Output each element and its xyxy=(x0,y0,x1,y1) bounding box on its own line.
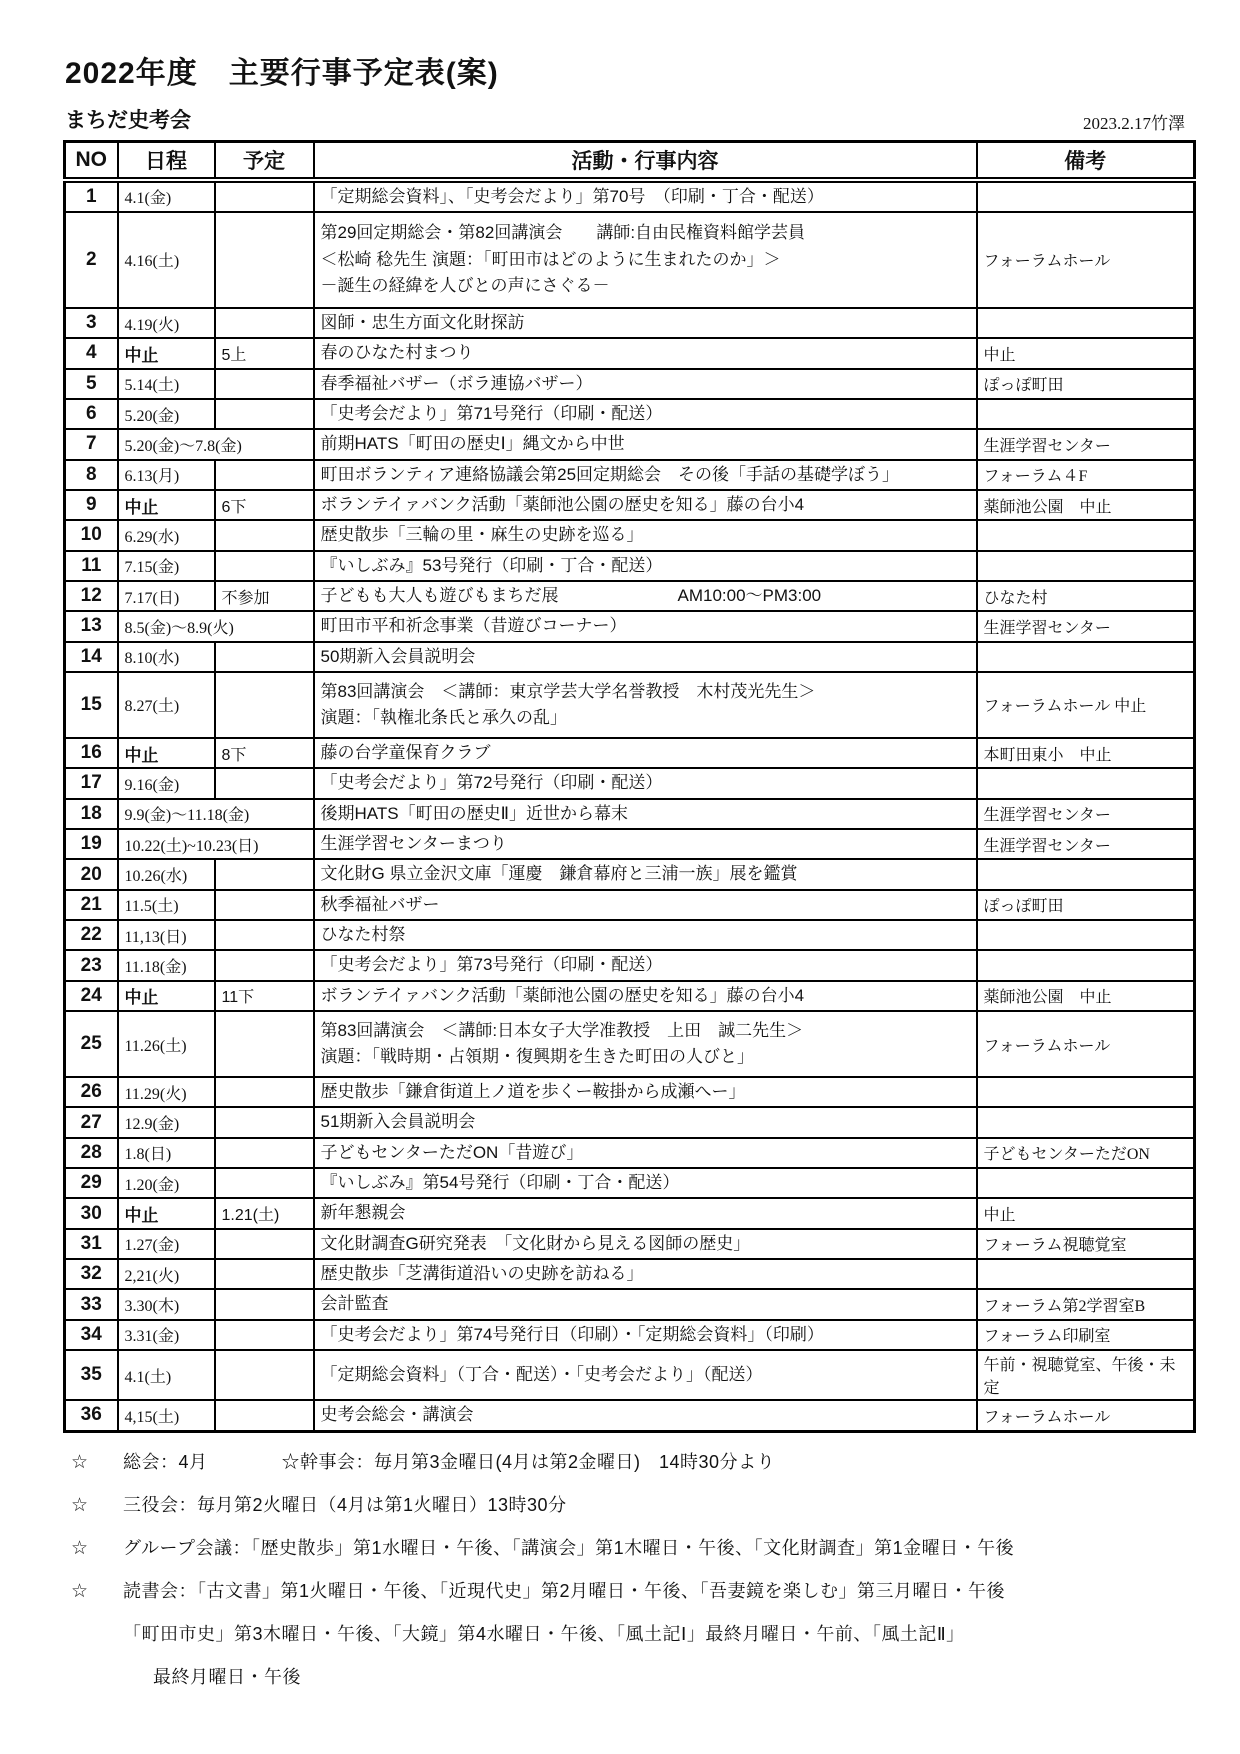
event-schedule-table: NO 日程 予定 活動・行事内容 備考 14.1(金)「定期総会資料」、「史考会… xyxy=(63,140,1196,1433)
remark-cell: 薬師池公園 中止 xyxy=(977,981,1195,1011)
content-line: 町田市平和祈念事業（昔遊びコーナー） xyxy=(321,613,970,639)
remark-cell: フォーラムホール xyxy=(977,1011,1195,1077)
remark-cell: ひなた村 xyxy=(977,581,1195,611)
plan-cell: 不参加 xyxy=(215,581,314,611)
row-number: 36 xyxy=(65,1400,118,1431)
remark-cell xyxy=(977,308,1195,338)
row-number: 13 xyxy=(65,611,118,641)
table-row: 75.20(金)～7.8(金)前期HATS「町田の歴史Ⅰ」縄文から中世生涯学習セ… xyxy=(65,429,1195,459)
content-cell: 50期新入会員説明会 xyxy=(314,642,977,672)
row-number: 15 xyxy=(65,672,118,738)
date-cell: 9.16(金) xyxy=(118,768,215,798)
footnote-text: 総会：4月 ☆幹事会：毎月第3金曜日(4月は第2金曜日) 14時30分より xyxy=(123,1453,775,1471)
content-line: ひなた村祭 xyxy=(321,922,970,948)
date-cell: 11.18(金) xyxy=(118,950,215,980)
row-number: 29 xyxy=(65,1168,118,1198)
plan-cell xyxy=(215,1077,314,1107)
plan-cell xyxy=(215,460,314,490)
remark-cell: 生涯学習センター xyxy=(977,799,1195,829)
star-bullet-icon: ☆ xyxy=(71,1453,123,1472)
plan-cell: 6下 xyxy=(215,490,314,520)
plan-cell xyxy=(215,551,314,581)
remark-cell: フォーラム印刷室 xyxy=(977,1320,1195,1350)
date-cell: 4.19(火) xyxy=(118,308,215,338)
schedule-body: 14.1(金)「定期総会資料」、「史考会だより」第70号 （印刷・丁合・配送）2… xyxy=(65,180,1195,1432)
footnote-line: ☆三役会：毎月第2火曜日（4月は第1火曜日）13時30分 xyxy=(71,1496,1193,1515)
content-cell: 前期HATS「町田の歴史Ⅰ」縄文から中世 xyxy=(314,429,977,459)
table-row: 2712.9(金)51期新入会員説明会 xyxy=(65,1107,1195,1137)
remark-cell: フォーラム第2学習室B xyxy=(977,1289,1195,1319)
content-line: 第83回講演会 ＜講師：東京学芸大学名誉教授 木村茂光先生＞ xyxy=(321,679,970,705)
table-row: 189.9(金)～11.18(金)後期HATS「町田の歴史Ⅱ」近世から幕末生涯学… xyxy=(65,799,1195,829)
content-cell: 文化財G 県立金沢文庫「運慶 鎌倉幕府と三浦一族」展を鑑賞 xyxy=(314,859,977,889)
content-cell: 町田ボランティア連絡協議会第25回定期総会 その後「手話の基礎学ぼう」 xyxy=(314,460,977,490)
date-cell: 11.29(火) xyxy=(118,1077,215,1107)
content-line: 子どもセンターただON「昔遊び」 xyxy=(321,1140,970,1166)
remark-cell xyxy=(977,180,1195,212)
table-row: 158.27(土)第83回講演会 ＜講師：東京学芸大学名誉教授 木村茂光先生＞演… xyxy=(65,672,1195,738)
content-line: 歴史散歩「芝溝街道沿いの史跡を訪ねる」 xyxy=(321,1261,970,1287)
date-cell: 7.17(日) xyxy=(118,581,215,611)
subtitle-row: まちだ史考会 2023.2.17竹澤 xyxy=(65,104,1193,134)
date-cell: 3.30(木) xyxy=(118,1289,215,1319)
content-line: 『いしぶみ』53号発行（印刷・丁合・配送） xyxy=(321,553,970,579)
row-number: 11 xyxy=(65,551,118,581)
content-line: ＜松崎 稔先生 演題：「町田市はどのように生まれたのか」＞ xyxy=(321,247,970,273)
remark-cell: フォーラムホール xyxy=(977,1400,1195,1431)
table-row: 127.17(日)不参加子どもも大人も遊びもまちだ展 AM10:00～PM3:0… xyxy=(65,581,1195,611)
content-line: ボランテイァバンク活動「薬師池公園の歴史を知る」藤の台小4 xyxy=(321,983,970,1009)
remark-cell xyxy=(977,768,1195,798)
date-cell: 12.9(金) xyxy=(118,1107,215,1137)
plan-cell xyxy=(215,1138,314,1168)
date-cell: 5.20(金)～7.8(金) xyxy=(118,429,314,459)
content-cell: 子どもセンターただON「昔遊び」 xyxy=(314,1138,977,1168)
date-cell: 3.31(金) xyxy=(118,1320,215,1350)
table-row: 333.30(木)会計監査フォーラム第2学習室B xyxy=(65,1289,1195,1319)
table-row: 311.27(金)文化財調査G研究発表 「文化財から見える図師の歴史」フォーラム… xyxy=(65,1229,1195,1259)
row-number: 27 xyxy=(65,1107,118,1137)
content-line: 史考会総会・講演会 xyxy=(321,1402,970,1428)
row-number: 23 xyxy=(65,950,118,980)
remark-cell: フォーラム視聴覚室 xyxy=(977,1229,1195,1259)
plan-cell xyxy=(215,520,314,550)
remark-cell: 生涯学習センター xyxy=(977,611,1195,641)
plan-cell xyxy=(215,920,314,950)
date-cell: 4.1(金) xyxy=(118,180,215,212)
plan-cell xyxy=(215,1107,314,1137)
table-row: 2511.26(土)第83回講演会 ＜講師:日本女子大学准教授 上田 誠二先生＞… xyxy=(65,1011,1195,1077)
document-page: 2022年度 主要行事予定表(案) まちだ史考会 2023.2.17竹澤 NO … xyxy=(0,0,1240,1687)
page-title: 2022年度 主要行事予定表(案) xyxy=(65,48,1193,92)
content-cell: 新年懇親会 xyxy=(314,1198,977,1228)
footnote-line: ☆読書会：「古文書」第1火曜日・午後、「近現代史」第2月曜日・午後、「吾妻鏡を楽… xyxy=(71,1582,1193,1601)
content-cell: 51期新入会員説明会 xyxy=(314,1107,977,1137)
content-cell: 文化財調査G研究発表 「文化財から見える図師の歴史」 xyxy=(314,1229,977,1259)
remark-cell xyxy=(977,642,1195,672)
plan-cell xyxy=(215,859,314,889)
header-plan: 予定 xyxy=(215,142,314,180)
footnote-line: ☆総会：4月 ☆幹事会：毎月第3金曜日(4月は第2金曜日) 14時30分より xyxy=(71,1453,1193,1472)
footnote-text: 「町田市史」第3木曜日・午後、「大鏡」第4水曜日・午後、「風土記Ⅰ」最終月曜日・… xyxy=(123,1625,965,1643)
date-cell: 9.9(金)～11.18(金) xyxy=(118,799,314,829)
content-cell: 町田市平和祈念事業（昔遊びコーナー） xyxy=(314,611,977,641)
table-row: 14.1(金)「定期総会資料」、「史考会だより」第70号 （印刷・丁合・配送） xyxy=(65,180,1195,212)
remark-cell xyxy=(977,950,1195,980)
content-cell: 後期HATS「町田の歴史Ⅱ」近世から幕末 xyxy=(314,799,977,829)
row-number: 16 xyxy=(65,738,118,768)
date-cell: 4.1(土) xyxy=(118,1350,215,1400)
star-bullet-icon: ☆ xyxy=(71,1582,123,1601)
content-cell: 第83回講演会 ＜講師：東京学芸大学名誉教授 木村茂光先生＞演題：「執権北条氏と… xyxy=(314,672,977,738)
date-cell: 5.20(金) xyxy=(118,399,215,429)
table-row: 179.16(金)「史考会だより」第72号発行（印刷・配送） xyxy=(65,768,1195,798)
plan-cell: 8下 xyxy=(215,738,314,768)
date-cell: 11,13(日) xyxy=(118,920,215,950)
content-line: 図師・忠生方面文化財探訪 xyxy=(321,310,970,336)
content-cell: 藤の台学童保育クラブ xyxy=(314,738,977,768)
content-cell: 第83回講演会 ＜講師:日本女子大学准教授 上田 誠二先生＞演題：「戦時期・占領… xyxy=(314,1011,977,1077)
row-number: 2 xyxy=(65,212,118,308)
header-content: 活動・行事内容 xyxy=(314,142,977,180)
content-line: 春季福祉バザー（ボラ連協バザー） xyxy=(321,371,970,397)
row-number: 17 xyxy=(65,768,118,798)
plan-cell xyxy=(215,399,314,429)
table-header-row: NO 日程 予定 活動・行事内容 備考 xyxy=(65,142,1195,180)
header-no: NO xyxy=(65,142,118,180)
content-cell: 歴史散歩「鎌倉街道上ノ道を歩くー鞍掛から成瀬へー」 xyxy=(314,1077,977,1107)
plan-cell xyxy=(215,308,314,338)
date-cell: 8.27(土) xyxy=(118,672,215,738)
content-cell: 「定期総会資料」（丁合・配送）・「史考会だより」（配送） xyxy=(314,1350,977,1400)
row-number: 4 xyxy=(65,338,118,368)
row-number: 9 xyxy=(65,490,118,520)
content-cell: 史考会総会・講演会 xyxy=(314,1400,977,1431)
content-line: 「史考会だより」第71号発行（印刷・配送） xyxy=(321,401,970,427)
content-line: 51期新入会員説明会 xyxy=(321,1109,970,1135)
content-line: ボランテイァバンク活動「薬師池公園の歴史を知る」藤の台小4 xyxy=(321,492,970,518)
remark-cell: ぽっぽ町田 xyxy=(977,890,1195,920)
plan-cell xyxy=(215,1259,314,1289)
remark-cell: 薬師池公園 中止 xyxy=(977,490,1195,520)
content-cell: 会計監査 xyxy=(314,1289,977,1319)
content-cell: 第29回定期総会・第82回講演会 講師:自由民権資料館学芸員＜松崎 稔先生 演題… xyxy=(314,212,977,308)
plan-cell xyxy=(215,1168,314,1198)
plan-cell: 11下 xyxy=(215,981,314,1011)
remark-cell: ぽっぽ町田 xyxy=(977,369,1195,399)
remark-cell: 本町田東小 中止 xyxy=(977,738,1195,768)
content-line: 第83回講演会 ＜講師:日本女子大学准教授 上田 誠二先生＞ xyxy=(321,1018,970,1044)
footnotes: ☆総会：4月 ☆幹事会：毎月第3金曜日(4月は第2金曜日) 14時30分より☆三… xyxy=(71,1453,1193,1687)
content-cell: 「史考会だより」第73号発行（印刷・配送） xyxy=(314,950,977,980)
remark-cell: フォーラムホール xyxy=(977,212,1195,308)
remark-cell xyxy=(977,1168,1195,1198)
remark-cell xyxy=(977,551,1195,581)
table-row: 65.20(金)「史考会だより」第71号発行（印刷・配送） xyxy=(65,399,1195,429)
date-cell: 1.27(金) xyxy=(118,1229,215,1259)
content-line: 「定期総会資料」、「史考会だより」第70号 （印刷・丁合・配送） xyxy=(321,184,970,210)
content-cell: 生涯学習センターまつり xyxy=(314,829,977,859)
plan-cell xyxy=(215,1350,314,1400)
table-row: 2311.18(金)「史考会だより」第73号発行（印刷・配送） xyxy=(65,950,1195,980)
date-cell: 5.14(土) xyxy=(118,369,215,399)
table-row: 2010.26(水)文化財G 県立金沢文庫「運慶 鎌倉幕府と三浦一族」展を鑑賞 xyxy=(65,859,1195,889)
remark-cell: フォーラム４F xyxy=(977,460,1195,490)
footnote-text: 三役会：毎月第2火曜日（4月は第1火曜日）13時30分 xyxy=(123,1496,567,1514)
plan-cell xyxy=(215,1229,314,1259)
content-line: 「史考会だより」第73号発行（印刷・配送） xyxy=(321,952,970,978)
content-cell: 図師・忠生方面文化財探訪 xyxy=(314,308,977,338)
footnote-line: ☆「町田市史」第3木曜日・午後、「大鏡」第4水曜日・午後、「風土記Ⅰ」最終月曜日… xyxy=(71,1625,1193,1644)
date-cell: 8.5(金)～8.9(火) xyxy=(118,611,314,641)
date-cell: 2,21(火) xyxy=(118,1259,215,1289)
date-cell: 4,15(土) xyxy=(118,1400,215,1431)
remark-cell: 中止 xyxy=(977,338,1195,368)
star-bullet-icon: ☆ xyxy=(71,1539,123,1558)
row-number: 5 xyxy=(65,369,118,399)
row-number: 25 xyxy=(65,1011,118,1077)
row-number: 35 xyxy=(65,1350,118,1400)
content-cell: 「史考会だより」第71号発行（印刷・配送） xyxy=(314,399,977,429)
remark-cell: 午前・視聴覚室、午後・未定 xyxy=(977,1350,1195,1400)
row-number: 21 xyxy=(65,890,118,920)
remark-cell: 生涯学習センター xyxy=(977,429,1195,459)
content-cell: 子どもも大人も遊びもまちだ展 AM10:00～PM3:00 xyxy=(314,581,977,611)
content-cell: ボランテイァバンク活動「薬師池公園の歴史を知る」藤の台小4 xyxy=(314,490,977,520)
date-cell: 11.5(土) xyxy=(118,890,215,920)
plan-cell xyxy=(215,180,314,212)
content-line: 『いしぶみ』第54号発行（印刷・丁合・配送） xyxy=(321,1170,970,1196)
plan-cell xyxy=(215,1320,314,1350)
row-number: 18 xyxy=(65,799,118,829)
content-line: 歴史散歩「三輪の里・麻生の史跡を巡る」 xyxy=(321,522,970,548)
date-cell: 中止 xyxy=(118,738,215,768)
header-date: 日程 xyxy=(118,142,215,180)
date-cell: 8.10(水) xyxy=(118,642,215,672)
remark-cell: 生涯学習センター xyxy=(977,829,1195,859)
remark-cell xyxy=(977,1077,1195,1107)
header-remark: 備考 xyxy=(977,142,1195,180)
date-cell: 1.20(金) xyxy=(118,1168,215,1198)
remark-cell: 中止 xyxy=(977,1198,1195,1228)
table-row: 34.19(火)図師・忠生方面文化財探訪 xyxy=(65,308,1195,338)
content-cell: 「定期総会資料」、「史考会だより」第70号 （印刷・丁合・配送） xyxy=(314,180,977,212)
remark-cell: フォーラムホール 中止 xyxy=(977,672,1195,738)
footnote-text: グループ会議：「歴史散歩」第1水曜日・午後、「講演会」第1木曜日・午後、「文化財… xyxy=(123,1539,1014,1557)
date-cell: 中止 xyxy=(118,338,215,368)
content-cell: 「史考会だより」第74号発行日（印刷）・「定期総会資料」（印刷） xyxy=(314,1320,977,1350)
row-number: 10 xyxy=(65,520,118,550)
table-row: 2211,13(日)ひなた村祭 xyxy=(65,920,1195,950)
content-line: 演題：「執権北条氏と承久の乱」 xyxy=(321,705,970,731)
content-cell: ひなた村祭 xyxy=(314,920,977,950)
plan-cell xyxy=(215,212,314,308)
date-cell: 7.15(金) xyxy=(118,551,215,581)
table-row: 16中止8下藤の台学童保育クラブ本町田東小 中止 xyxy=(65,738,1195,768)
row-number: 24 xyxy=(65,981,118,1011)
table-row: 24中止11下ボランテイァバンク活動「薬師池公園の歴史を知る」藤の台小4薬師池公… xyxy=(65,981,1195,1011)
row-number: 31 xyxy=(65,1229,118,1259)
row-number: 19 xyxy=(65,829,118,859)
content-line: 後期HATS「町田の歴史Ⅱ」近世から幕末 xyxy=(321,801,970,827)
table-row: 343.31(金)「史考会だより」第74号発行日（印刷）・「定期総会資料」（印刷… xyxy=(65,1320,1195,1350)
row-number: 3 xyxy=(65,308,118,338)
table-row: 106.29(水)歴史散歩「三輪の里・麻生の史跡を巡る」 xyxy=(65,520,1195,550)
plan-cell xyxy=(215,950,314,980)
table-row: 1910.22(土)~10.23(日)生涯学習センターまつり生涯学習センター xyxy=(65,829,1195,859)
plan-cell xyxy=(215,1400,314,1431)
remark-cell xyxy=(977,399,1195,429)
content-cell: 『いしぶみ』53号発行（印刷・丁合・配送） xyxy=(314,551,977,581)
content-line: 演題：「戦時期・占領期・復興期を生きた町田の人びと」 xyxy=(321,1044,970,1070)
plan-cell xyxy=(215,768,314,798)
row-number: 12 xyxy=(65,581,118,611)
content-cell: 歴史散歩「三輪の里・麻生の史跡を巡る」 xyxy=(314,520,977,550)
plan-cell: 5上 xyxy=(215,338,314,368)
row-number: 14 xyxy=(65,642,118,672)
table-row: 364,15(土)史考会総会・講演会フォーラムホール xyxy=(65,1400,1195,1431)
plan-cell xyxy=(215,369,314,399)
date-cell: 10.22(土)~10.23(日) xyxy=(118,829,314,859)
table-row: 30中止1.21(土)新年懇親会中止 xyxy=(65,1198,1195,1228)
content-line: 「定期総会資料」（丁合・配送）・「史考会だより」（配送） xyxy=(321,1362,970,1388)
content-line: 春のひなた村まつり xyxy=(321,340,970,366)
content-line: 文化財調査G研究発表 「文化財から見える図師の歴史」 xyxy=(321,1231,970,1257)
table-row: 9中止6下ボランテイァバンク活動「薬師池公園の歴史を知る」藤の台小4薬師池公園 … xyxy=(65,490,1195,520)
row-number: 28 xyxy=(65,1138,118,1168)
date-cell: 6.29(水) xyxy=(118,520,215,550)
date-cell: 10.26(水) xyxy=(118,859,215,889)
remark-cell xyxy=(977,859,1195,889)
content-line: 50期新入会員説明会 xyxy=(321,644,970,670)
content-line: 新年懇親会 xyxy=(321,1200,970,1226)
footnote-text: 最終月曜日・午後 xyxy=(153,1668,301,1686)
content-line: 前期HATS「町田の歴史Ⅰ」縄文から中世 xyxy=(321,431,970,457)
row-number: 32 xyxy=(65,1259,118,1289)
date-cell: 11.26(土) xyxy=(118,1011,215,1077)
content-line: 会計監査 xyxy=(321,1291,970,1317)
plan-cell: 1.21(土) xyxy=(215,1198,314,1228)
content-cell: ボランテイァバンク活動「薬師池公園の歴史を知る」藤の台小4 xyxy=(314,981,977,1011)
row-number: 1 xyxy=(65,180,118,212)
table-row: 354.1(土)「定期総会資料」（丁合・配送）・「史考会だより」（配送）午前・視… xyxy=(65,1350,1195,1400)
table-row: 4中止5上春のひなた村まつり中止 xyxy=(65,338,1195,368)
date-cell: 中止 xyxy=(118,1198,215,1228)
content-cell: 歴史散歩「芝溝街道沿いの史跡を訪ねる」 xyxy=(314,1259,977,1289)
content-line: －誕生の経緯を人びとの声にさぐる－ xyxy=(321,273,970,299)
plan-cell xyxy=(215,672,314,738)
issue-date: 2023.2.17竹澤 xyxy=(1083,109,1193,134)
plan-cell xyxy=(215,642,314,672)
table-row: 148.10(水)50期新入会員説明会 xyxy=(65,642,1195,672)
star-bullet-icon: ☆ xyxy=(71,1496,123,1515)
content-cell: 「史考会だより」第72号発行（印刷・配送） xyxy=(314,768,977,798)
table-row: 2611.29(火)歴史散歩「鎌倉街道上ノ道を歩くー鞍掛から成瀬へー」 xyxy=(65,1077,1195,1107)
content-line: 町田ボランティア連絡協議会第25回定期総会 その後「手話の基礎学ぼう」 xyxy=(321,462,970,488)
table-row: 291.20(金)『いしぶみ』第54号発行（印刷・丁合・配送） xyxy=(65,1168,1195,1198)
content-line: 第29回定期総会・第82回講演会 講師:自由民権資料館学芸員 xyxy=(321,220,970,246)
footnote-text: 読書会：「古文書」第1火曜日・午後、「近現代史」第2月曜日・午後、「吾妻鏡を楽し… xyxy=(123,1582,1005,1600)
date-cell: 中止 xyxy=(118,981,215,1011)
organization-name: まちだ史考会 xyxy=(65,104,191,134)
table-row: 281.8(日)子どもセンターただON「昔遊び」子どもセンターただON xyxy=(65,1138,1195,1168)
table-row: 24.16(土)第29回定期総会・第82回講演会 講師:自由民権資料館学芸員＜松… xyxy=(65,212,1195,308)
remark-cell xyxy=(977,920,1195,950)
content-line: 文化財G 県立金沢文庫「運慶 鎌倉幕府と三浦一族」展を鑑賞 xyxy=(321,861,970,887)
remark-cell xyxy=(977,1259,1195,1289)
content-line: 藤の台学童保育クラブ xyxy=(321,740,970,766)
content-cell: 秋季福祉バザー xyxy=(314,890,977,920)
table-row: 138.5(金)～8.9(火)町田市平和祈念事業（昔遊びコーナー）生涯学習センタ… xyxy=(65,611,1195,641)
table-row: 55.14(土)春季福祉バザー（ボラ連協バザー）ぽっぽ町田 xyxy=(65,369,1195,399)
table-row: 2111.5(土)秋季福祉バザーぽっぽ町田 xyxy=(65,890,1195,920)
content-line: 「史考会だより」第74号発行日（印刷）・「定期総会資料」（印刷） xyxy=(321,1322,970,1348)
content-line: 歴史散歩「鎌倉街道上ノ道を歩くー鞍掛から成瀬へー」 xyxy=(321,1079,970,1105)
row-number: 26 xyxy=(65,1077,118,1107)
footnote-line: ☆最終月曜日・午後 xyxy=(71,1668,1193,1687)
date-cell: 中止 xyxy=(118,490,215,520)
plan-cell xyxy=(215,1289,314,1319)
remark-cell xyxy=(977,1107,1195,1137)
row-number: 7 xyxy=(65,429,118,459)
content-cell: 『いしぶみ』第54号発行（印刷・丁合・配送） xyxy=(314,1168,977,1198)
row-number: 6 xyxy=(65,399,118,429)
remark-cell: 子どもセンターただON xyxy=(977,1138,1195,1168)
remark-cell xyxy=(977,520,1195,550)
row-number: 33 xyxy=(65,1289,118,1319)
content-line: 秋季福祉バザー xyxy=(321,892,970,918)
content-line: 子どもも大人も遊びもまちだ展 AM10:00～PM3:00 xyxy=(321,583,970,609)
plan-cell xyxy=(215,1011,314,1077)
date-cell: 4.16(土) xyxy=(118,212,215,308)
date-cell: 1.8(日) xyxy=(118,1138,215,1168)
content-cell: 春のひなた村まつり xyxy=(314,338,977,368)
row-number: 30 xyxy=(65,1198,118,1228)
table-row: 322,21(火)歴史散歩「芝溝街道沿いの史跡を訪ねる」 xyxy=(65,1259,1195,1289)
table-row: 86.13(月)町田ボランティア連絡協議会第25回定期総会 その後「手話の基礎学… xyxy=(65,460,1195,490)
footnote-line: ☆グループ会議：「歴史散歩」第1水曜日・午後、「講演会」第1木曜日・午後、「文化… xyxy=(71,1539,1193,1558)
row-number: 34 xyxy=(65,1320,118,1350)
plan-cell xyxy=(215,890,314,920)
table-row: 117.15(金)『いしぶみ』53号発行（印刷・丁合・配送） xyxy=(65,551,1195,581)
date-cell: 6.13(月) xyxy=(118,460,215,490)
row-number: 22 xyxy=(65,920,118,950)
row-number: 20 xyxy=(65,859,118,889)
content-line: 「史考会だより」第72号発行（印刷・配送） xyxy=(321,770,970,796)
content-line: 生涯学習センターまつり xyxy=(321,831,970,857)
row-number: 8 xyxy=(65,460,118,490)
content-cell: 春季福祉バザー（ボラ連協バザー） xyxy=(314,369,977,399)
